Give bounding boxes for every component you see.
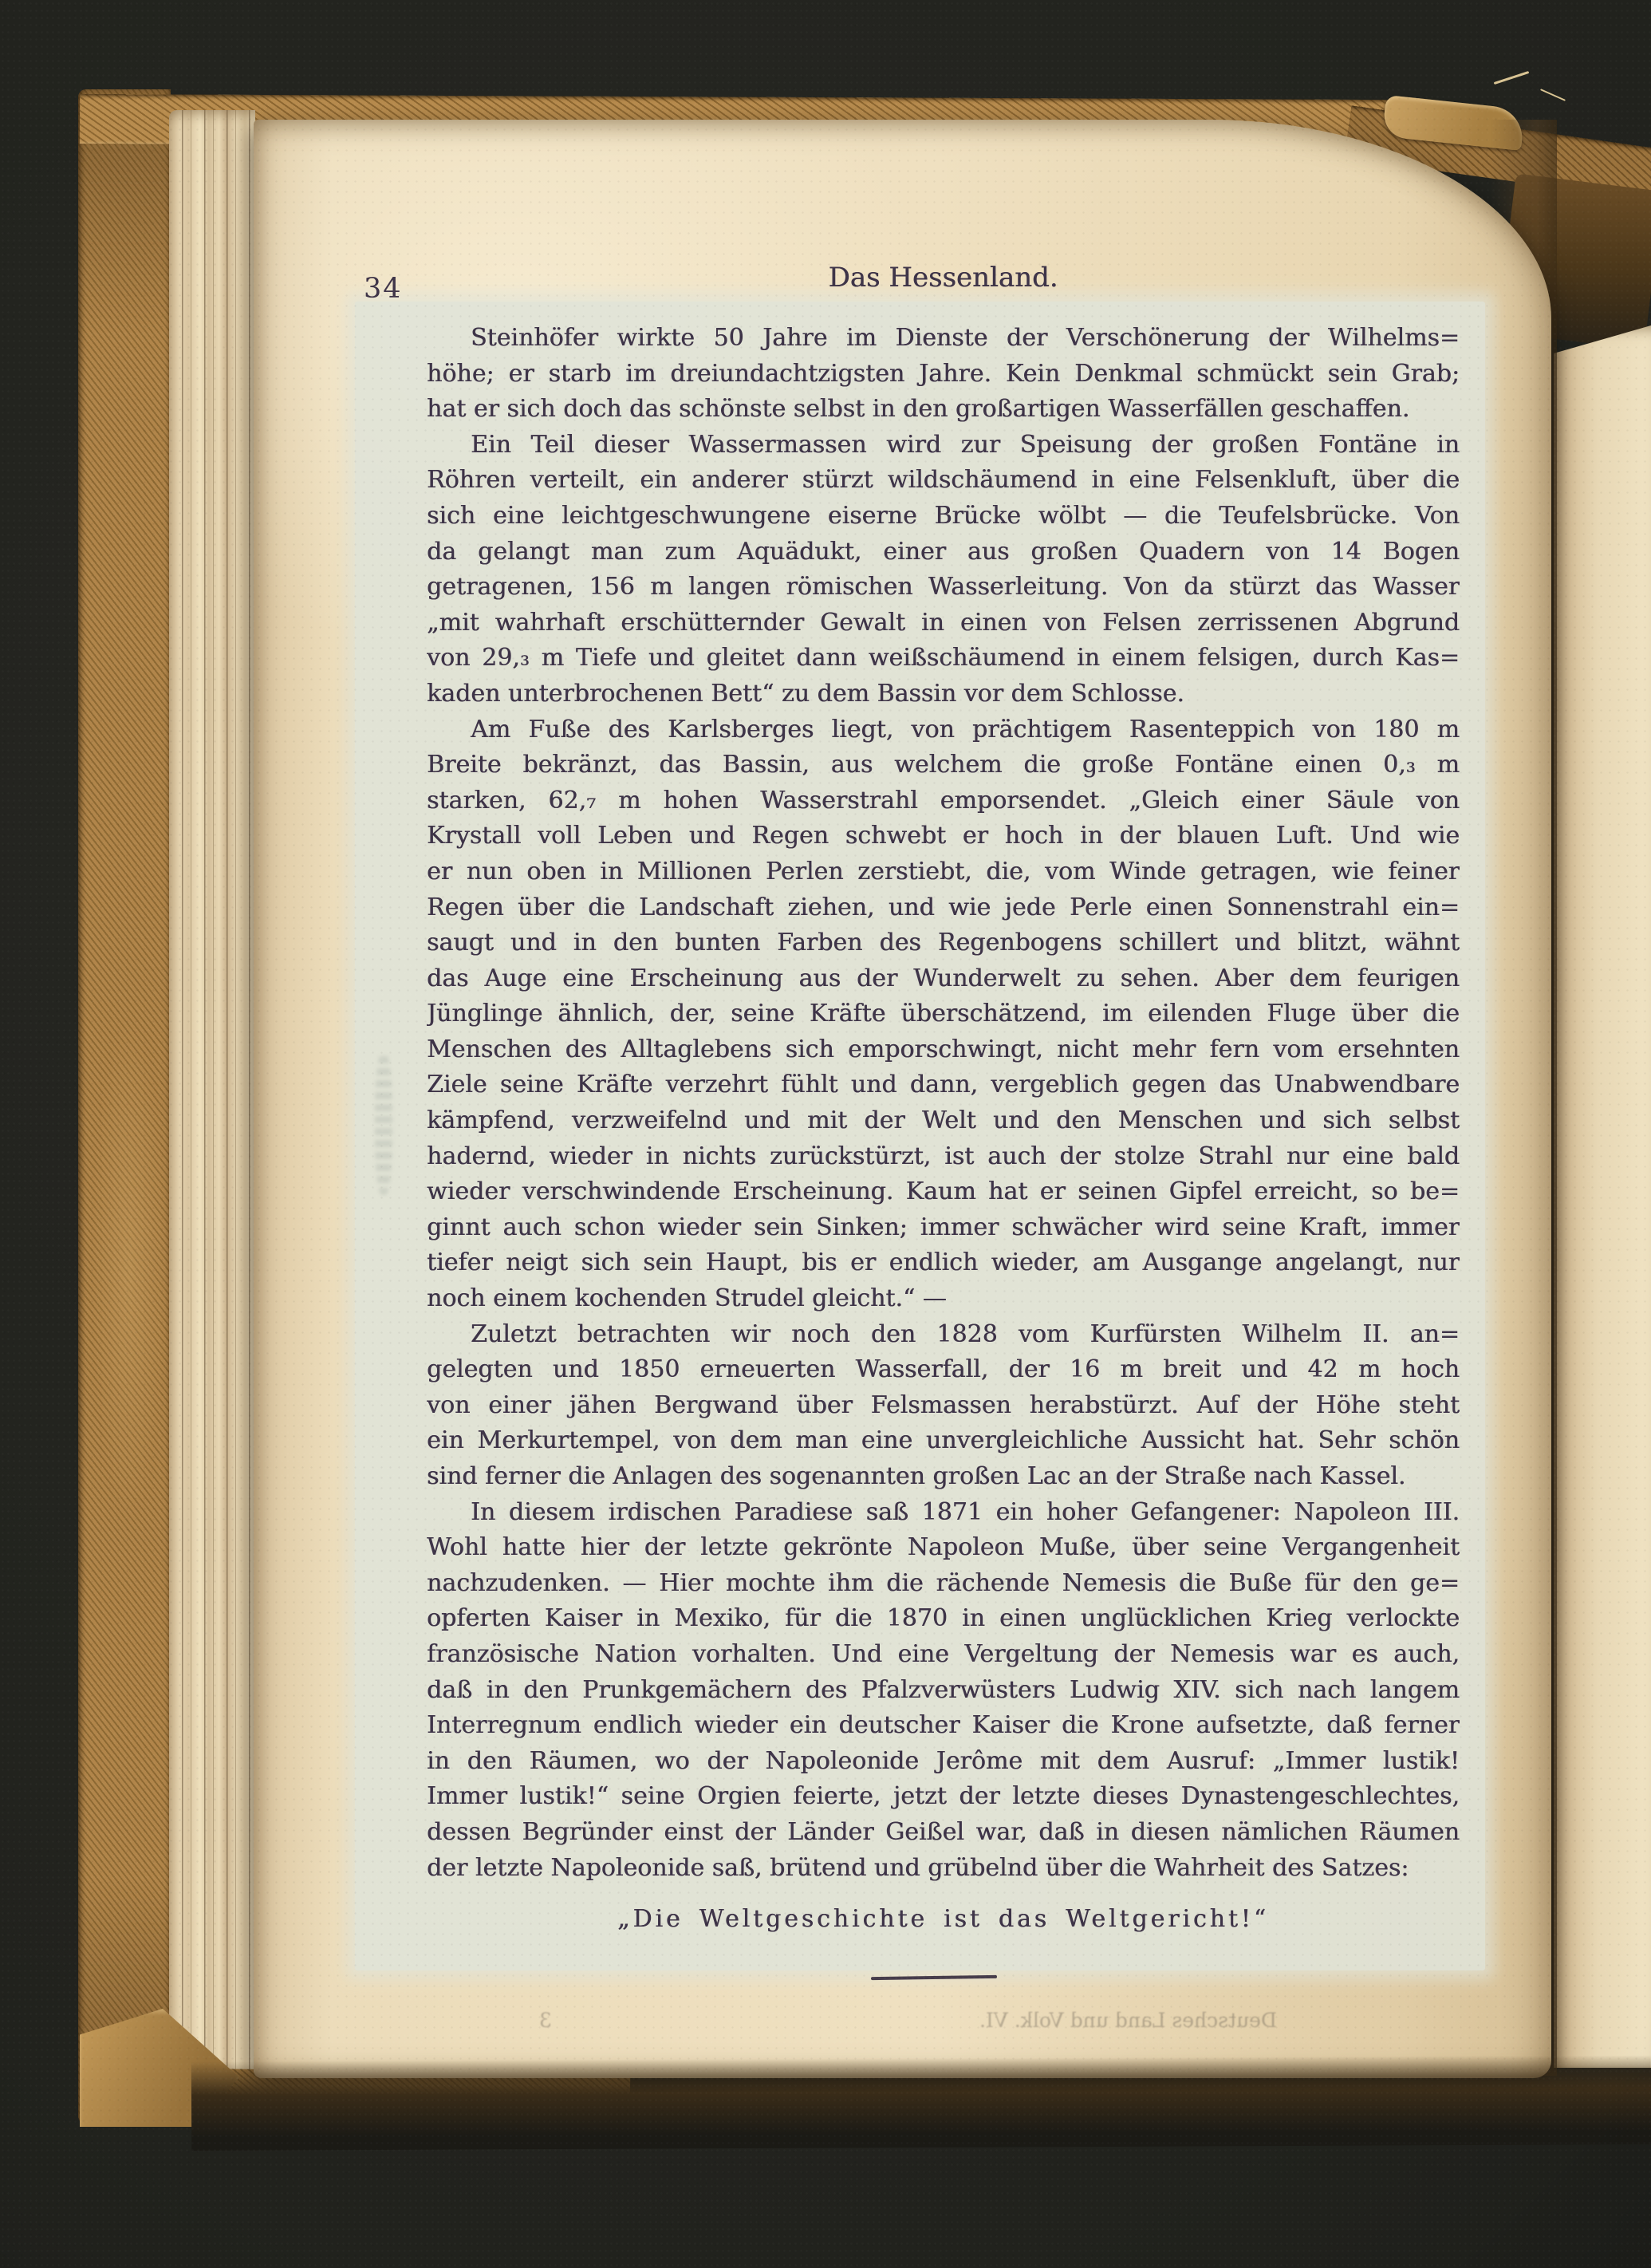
body-line: er nun oben in Millionen Perlen zerstieb…: [427, 854, 1460, 890]
page-number: 34: [364, 273, 403, 305]
body-line: gelegten und 1850 erneuerten Wasserfall,…: [427, 1352, 1460, 1388]
body-line: Menschen des Alltaglebens sich emporschw…: [427, 1032, 1460, 1068]
body-line: getragenen, 156 m langen römischen Wasse…: [427, 570, 1460, 605]
running-header: Das Hessenland.: [427, 262, 1460, 294]
body-line: sind ferner die Anlagen des sogenannten …: [427, 1459, 1460, 1495]
body-line: „mit wahrhaft erschütternder Gewalt in e…: [427, 605, 1460, 641]
body-line: Ein Teil dieser Wassermassen wird zur Sp…: [427, 428, 1460, 463]
page-bottom-shadow: [191, 2055, 1651, 2151]
body-line: nachzudenken. — Hier mochte ihm die räch…: [427, 1566, 1460, 1602]
body-line: daß in den Prunkgemächern des Pfalzverwü…: [427, 1673, 1460, 1709]
cover-fiber: [1494, 71, 1530, 85]
body-line: von 29,₃ m Tiefe und gleitet dann weißsc…: [427, 641, 1460, 676]
body-line: von einer jähen Bergwand über Felsmassen…: [427, 1388, 1460, 1424]
body-line: kämpfend, verzweifelnd und mit der Welt …: [427, 1103, 1460, 1139]
body-line: Regen über die Landschaft ziehen, und wi…: [427, 890, 1460, 926]
body-line: da gelangt man zum Aquädukt, einer aus g…: [427, 534, 1460, 570]
bleedthrough-signature-mark: 3: [539, 2009, 552, 2032]
body-line: der letzte Napoleonide saß, brütend und …: [427, 1851, 1460, 1887]
body-line: Steinhöfer wirkte 50 Jahre im Dienste de…: [427, 321, 1460, 357]
body-line: tiefer neigt sich sein Haupt, bis er end…: [427, 1245, 1460, 1281]
body-line: Interregnum endlich wieder ein deutscher…: [427, 1708, 1460, 1744]
facing-page-edge: [1554, 325, 1651, 2068]
body-line: Zuletzt betrachten wir noch den 1828 vom…: [427, 1317, 1460, 1353]
body-line: französische Nation vorhalten. Und eine …: [427, 1637, 1460, 1673]
body-line: saugt und in den bunten Farben des Regen…: [427, 925, 1460, 961]
body-line: in den Räumen, wo der Napoleonide Jerôme…: [427, 1744, 1460, 1780]
body-line: opferten Kaiser in Mexiko, für die 1870 …: [427, 1601, 1460, 1637]
book-cover-left-edge: [78, 89, 171, 2125]
body-line: starken, 62,₇ m hohen Wasserstrahl empor…: [427, 783, 1460, 819]
body-line: Wohl hatte hier der letzte gekrönte Napo…: [427, 1530, 1460, 1566]
body-text: Steinhöfer wirkte 50 Jahre im Dienste de…: [427, 321, 1460, 1886]
body-line: noch einem kochenden Strudel gleicht.“ —: [427, 1281, 1460, 1317]
body-line: Breite bekränzt, das Bassin, aus welchem…: [427, 747, 1460, 783]
closing-quote: „Die Weltgeschichte ist das Weltgericht!…: [427, 1905, 1460, 1933]
body-line: kaden unterbrochenen Bett“ zu dem Bassin…: [427, 676, 1460, 712]
body-line: wieder verschwindende Erscheinung. Kaum …: [427, 1174, 1460, 1210]
body-line: hadernd, wieder in nichts zurückstürzt, …: [427, 1139, 1460, 1175]
body-line: höhe; er starb im dreiundachtzigsten Jah…: [427, 357, 1460, 392]
body-line: Immer lustik!“ seine Orgien feierte, jet…: [427, 1779, 1460, 1815]
body-line: Krystall voll Leben und Regen schwebt er…: [427, 818, 1460, 854]
section-divider-rule: [871, 1975, 997, 1980]
body-line: Jünglinge ähnlich, der, seine Kräfte übe…: [427, 996, 1460, 1032]
scanned-page: 34 Das Hessenland. Steinhöfer wirkte 50 …: [254, 120, 1551, 2078]
ghost-stamp-bleedthrough: [375, 1053, 392, 1195]
body-line: Ziele seine Kräfte verzehrt fühlt und da…: [427, 1067, 1460, 1103]
body-line: sich eine leichtgeschwungene eiserne Brü…: [427, 499, 1460, 534]
page-stack-fore-edge: [169, 110, 255, 2092]
body-line: dessen Begründer einst der Länder Geißel…: [427, 1815, 1460, 1851]
body-line: hat er sich doch das schönste selbst in …: [427, 392, 1460, 428]
cover-fiber: [1540, 89, 1566, 101]
book-scan-photo: 34 Das Hessenland. Steinhöfer wirkte 50 …: [0, 0, 1651, 2268]
body-line: ginnt auch schon wieder sein Sinken; imm…: [427, 1210, 1460, 1246]
body-line: Am Fuße des Karlsberges liegt, von präch…: [427, 712, 1460, 748]
body-line: ein Merkurtempel, von dem man eine unver…: [427, 1423, 1460, 1459]
body-line: Röhren verteilt, ein anderer stürzt wild…: [427, 463, 1460, 499]
bleedthrough-series-imprint: Deutsches Land und Volk. VI.: [979, 2009, 1277, 2032]
body-line: In diesem irdischen Paradiese saß 1871 e…: [427, 1495, 1460, 1531]
body-line: das Auge eine Erscheinung aus der Wunder…: [427, 961, 1460, 997]
